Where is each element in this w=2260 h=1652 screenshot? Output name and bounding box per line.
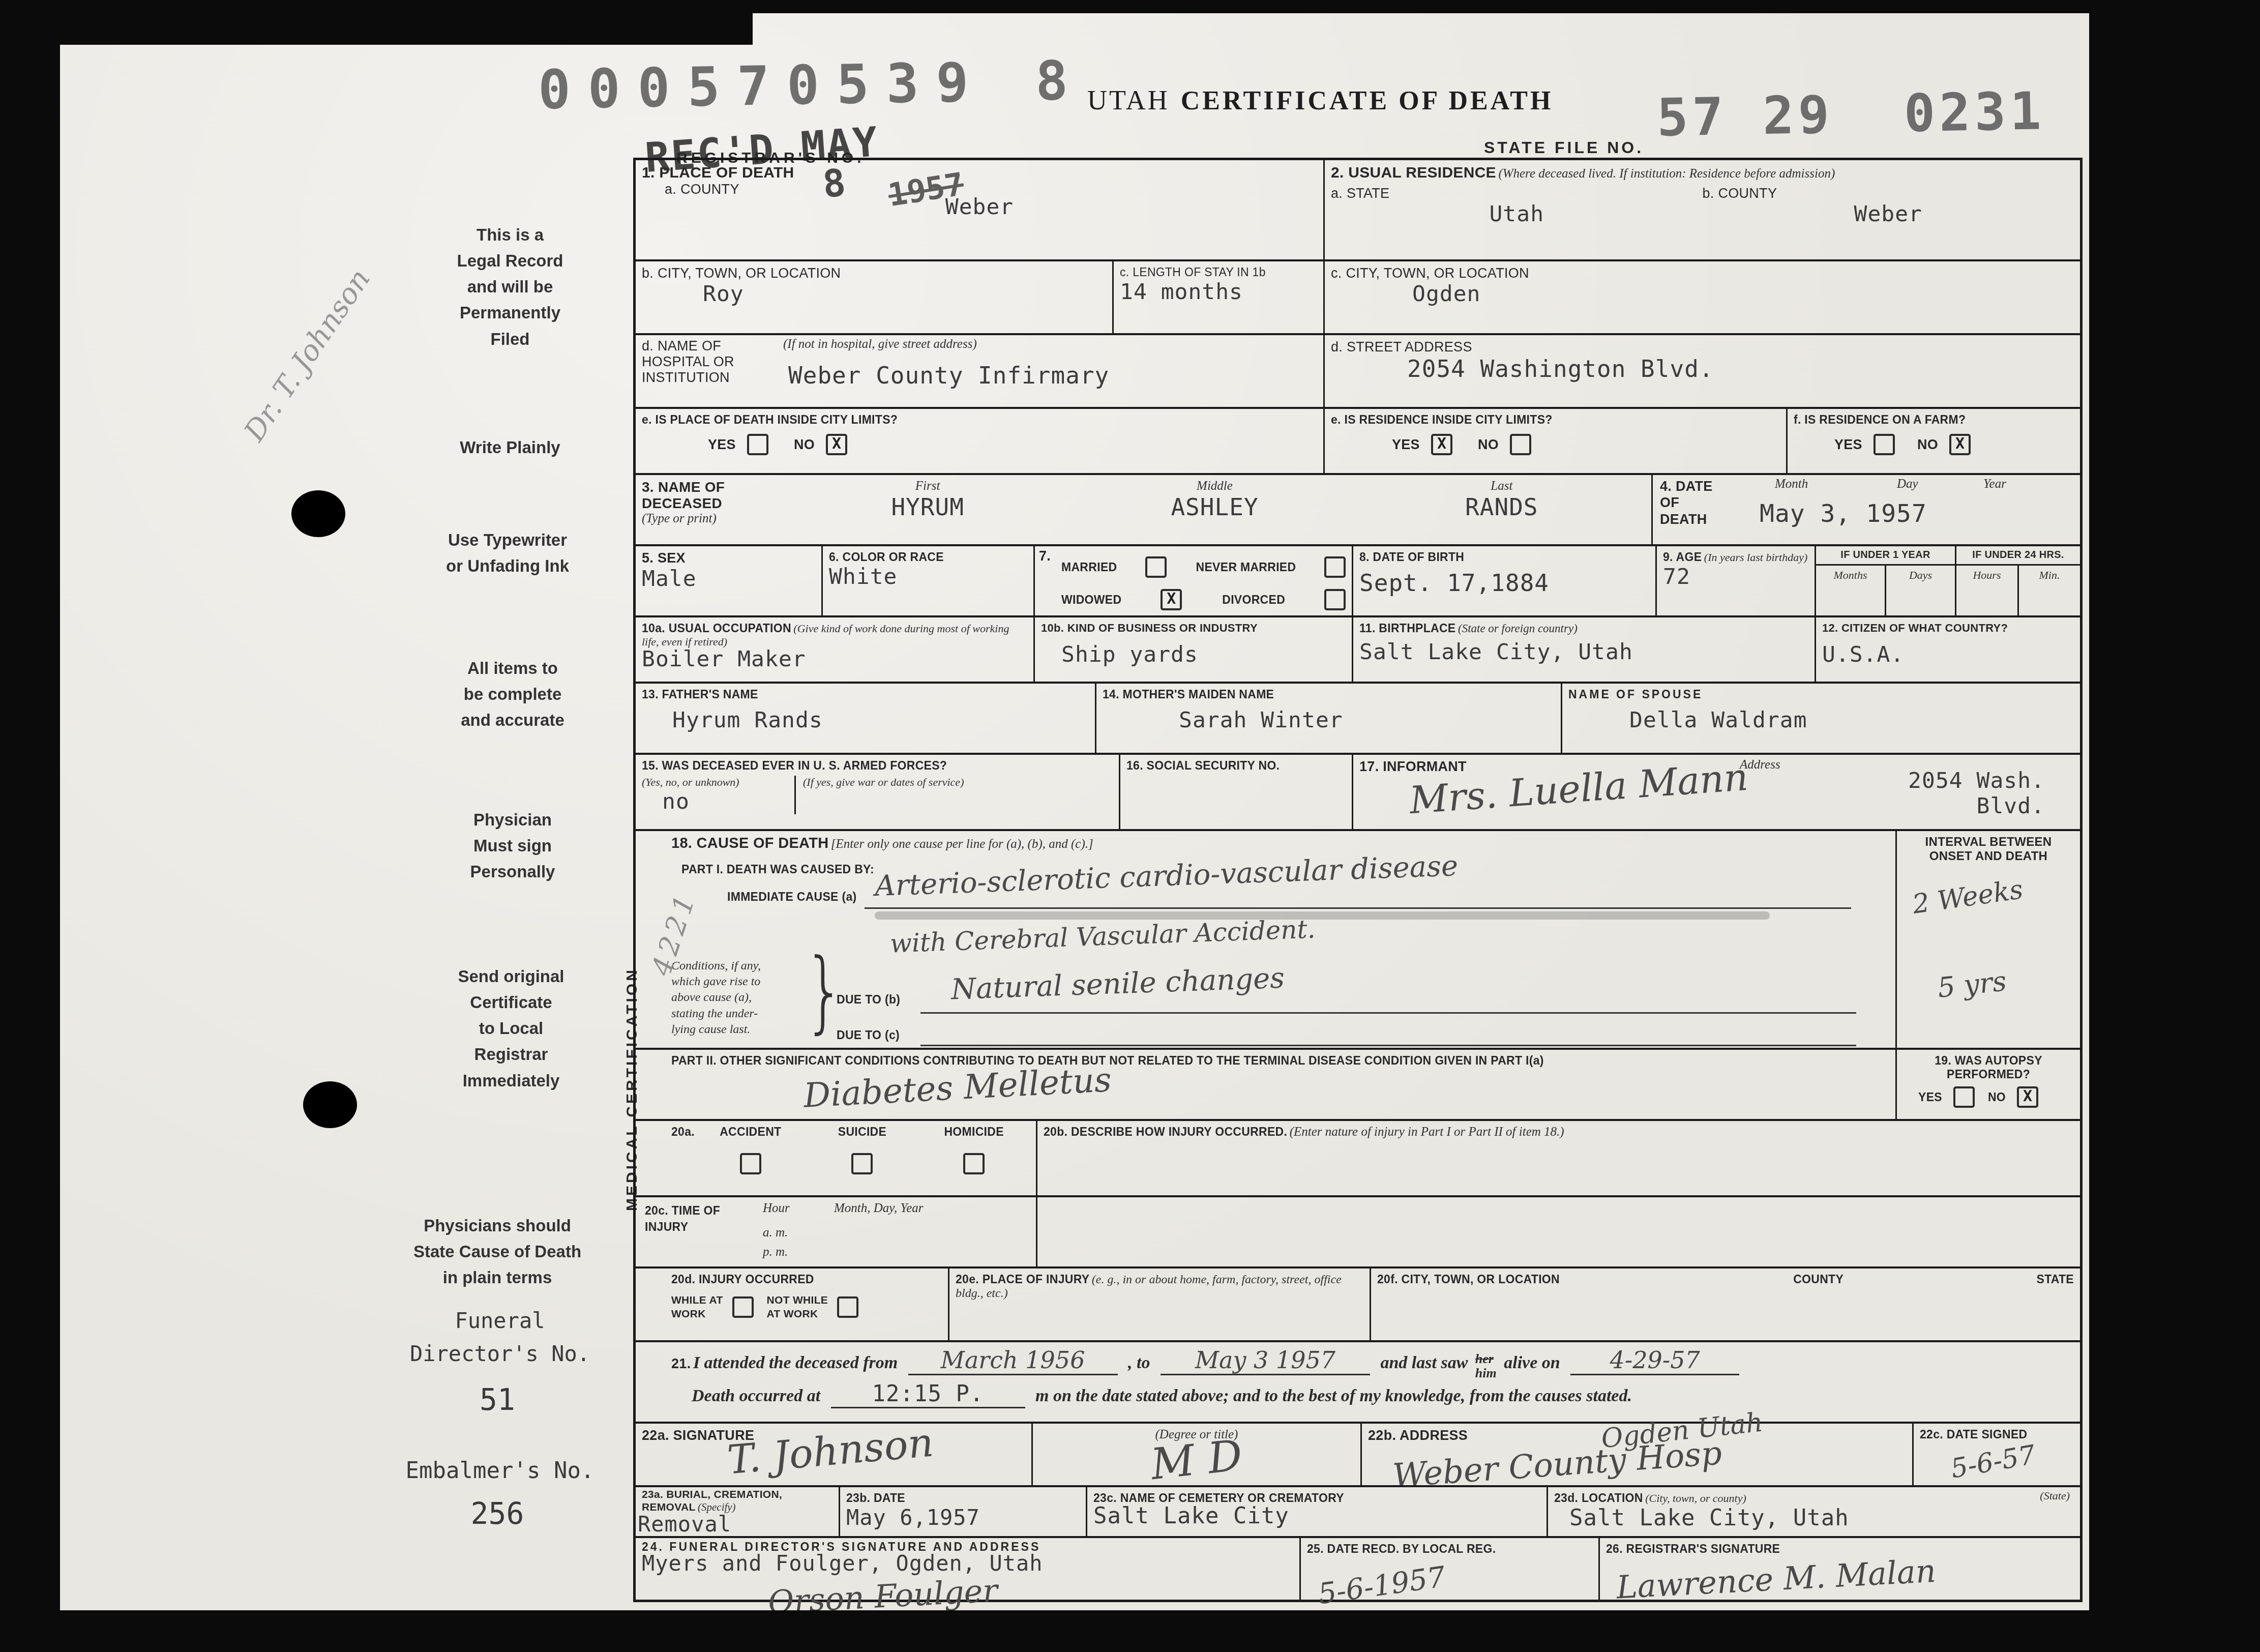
field-death-city-limits: e. IS PLACE OF DEATH INSIDE CITY LIMITS?… [636,409,1325,473]
funeral-directors-no-label: Funeral Director's No. [380,1304,619,1370]
injury-city-label: 20f. CITY, TOWN, OR LOCATION [1377,1273,1702,1336]
field-autopsy: 19. WAS AUTOPSY PERFORMED? YES NO X [1897,1050,2080,1119]
days-label: Days [1886,566,1955,615]
death-city-limits-no-checkbox: X [826,434,847,455]
length-of-stay-value: 14 months [1120,279,1317,305]
death-city-limits-yes-checkbox [747,434,768,455]
death-city-value: Roy [703,281,1106,307]
attended-text-4: alive on [1504,1353,1560,1372]
yes-label: YES [1392,437,1420,453]
marital-status-num: 7. [1039,548,1051,564]
field-burial-date: 23b. DATE May 6,1957 [840,1487,1087,1536]
field-signature: 22a. SIGNATURE T. Johnson [636,1424,1033,1485]
field-marital-status: 7. MARRIED NEVER MARRIED WIDOWED X DIVOR… [1035,546,1353,615]
no-label: NO [1917,437,1938,453]
field-cause-of-death: 18. CAUSE OF DEATH [Enter only one cause… [636,831,1897,1048]
place-of-death-title: 1. PLACE OF DEATH [642,164,1317,182]
business-label: 10b. KIND OF BUSINESS OR INDUSTRY [1041,622,1346,635]
no-label: NO [1988,1090,2006,1104]
date-of-birth-label: 8. DATE OF BIRTH [1359,550,1649,564]
certificate-paper: Dr. T. Johnson This is a Legal Record an… [60,13,2090,1610]
informant-address-value: 2054 Wash. Blvd. [1801,768,2045,819]
item20a-num: 20a. [671,1125,695,1174]
death-city-limits-label: e. IS PLACE OF DEATH INSIDE CITY LIMITS? [642,413,1317,427]
autopsy-label: 19. WAS AUTOPSY PERFORMED? [1903,1054,2074,1081]
mothers-maiden-name-label: 14. MOTHER'S MAIDEN NAME [1103,688,1555,701]
sex-value: Male [642,566,815,592]
cause-a2-value: with Cerebral Vascular Accident. [889,914,1316,958]
armed-forces-note2: (If yes, give war or dates of service) [796,776,1113,814]
no-label: NO [794,437,815,453]
attended-from-value: March 1956 [908,1346,1118,1375]
never-married-label: NEVER MARRIED [1196,560,1296,574]
physician-signature: T. Johnson [726,1420,935,1483]
date-of-death-value: May 3, 1957 [1760,499,1927,528]
cause-c-line [920,1045,1856,1046]
yes-label: YES [1918,1090,1942,1104]
cause-a-smudge [875,911,1770,920]
residence-city-value: Ogden [1412,281,2074,307]
attended-text-2: , to [1128,1353,1150,1372]
field-color-or-race: 6. COLOR OR RACE White [823,546,1035,615]
place-of-injury-label: 20e. PLACE OF INJURY [956,1273,1089,1286]
street-address-label: d. STREET ADDRESS [1331,339,2074,355]
field-attended-statement: 21. I attended the deceased from March 1… [636,1342,2080,1422]
hour-label: Hour [763,1201,790,1216]
first-name-value: HYRUM [784,493,1071,521]
citizen-label: 12. CITIZEN OF WHAT COUNTRY? [1822,622,2074,635]
field-if-under-1-year: IF UNDER 1 YEAR Months Days [1816,546,1956,615]
last-name-group: Last RANDS [1358,479,1645,540]
age-note: (In years last birthday) [1704,551,1807,564]
residence-city-limits-label: e. IS RESIDENCE INSIDE CITY LIMITS? [1331,413,1780,427]
page-title-utah: UTAH [1087,85,1170,115]
hole-punch-bottom [303,1081,357,1128]
year-label: Year [1983,477,2006,491]
field-business: 10b. KIND OF BUSINESS OR INDUSTRY Ship y… [1035,617,1353,682]
burial-value: Removal [638,1512,731,1537]
funeral-directors-no-value: 51 [436,1377,558,1423]
residence-city-limits-yes-checkbox: X [1431,434,1452,455]
field-hospital: d. NAME OF HOSPITAL OR INSTITUTION (If n… [636,335,1325,407]
widowed-checkbox: X [1161,589,1182,610]
age-label: 9. AGE [1663,550,1702,564]
pm-label: p. m. [763,1245,788,1259]
homicide-label: HOMICIDE [918,1125,1030,1139]
field-age: 9. AGE (In years last birthday) 72 [1657,546,1816,615]
mothers-maiden-name-value: Sarah Winter [1179,707,1555,733]
residence-state-label: a. STATE [1331,186,1389,201]
date-of-death-title: 4. DATE OF DEATH [1660,478,1713,527]
burial-location-value: Salt Lake City, Utah [1569,1505,2074,1531]
field-burial: 23a. BURIAL, CREMATION, REMOVAL (Specify… [636,1487,840,1536]
yes-label: YES [708,437,736,453]
suicide-label: SUICIDE [807,1125,918,1139]
immediate-cause-label: IMMEDIATE CAUSE (a) [727,890,856,904]
state-file-number: 57 29 0231 [1656,81,2045,148]
field-registrar-signature: 26. REGISTRAR'S SIGNATURE Lawrence M. Ma… [1600,1538,2080,1600]
name-of-deceased-title: 3. NAME OF DECEASED [642,479,784,512]
residence-county-group: b. COUNTY Weber [1703,186,2074,227]
field-citizen: 12. CITIZEN OF WHAT COUNTRY? U.S.A. [1816,617,2080,682]
field-occupation: 10a. USUAL OCCUPATION (Give kind of work… [636,617,1035,682]
field-accident-suicide-homicide: 20a. ACCIDENT SUICIDE HOMICIDE [636,1121,1037,1195]
street-address-value: 2054 Washington Blvd. [1407,355,2074,382]
page-title: UTAH CERTIFICATE OF DEATH [1087,84,1554,116]
field-cemetery: 23c. NAME OF CEMETERY OR CREMATORY Salt … [1087,1487,1548,1536]
certificate-form: 1. PLACE OF DEATH a. COUNTY Weber 2. USU… [633,158,2083,1602]
residence-state-value: Utah [1331,201,1703,227]
accident-label: ACCIDENT [695,1125,807,1139]
burial-location-note: (City, town, or county) [1645,1492,1746,1504]
attended-text-3: and last saw [1380,1353,1468,1372]
scan-edge-top [0,0,2260,13]
death-time-value: 12:15 P. [831,1381,1025,1408]
scanned-page: Dr. T. Johnson This is a Legal Record an… [0,0,2260,1652]
fathers-name-label: 13. FATHER'S NAME [642,688,1089,701]
am-label: a. m. [763,1226,788,1240]
usual-residence-title: 2. USUAL RESIDENCE [1331,164,1496,181]
hospital-label: d. NAME OF HOSPITAL OR INSTITUTION [642,338,734,386]
field-injury-location: 20f. CITY, TOWN, OR LOCATION COUNTY STAT… [1371,1268,2080,1340]
field-fathers-name: 13. FATHER'S NAME Hyrum Rands [636,684,1096,753]
last-seen-value: 4-29-57 [1570,1346,1739,1375]
time-of-injury-label: 20c. TIME OF INJURY [645,1202,720,1235]
birthplace-label: 11. BIRTHPLACE [1359,622,1456,635]
field-date-of-birth: 8. DATE OF BIRTH Sept. 17,1884 [1353,546,1657,615]
attended-text-1: I attended the deceased from [693,1353,898,1372]
county-value: Weber [642,194,1317,220]
color-or-race-label: 6. COLOR OR RACE [829,550,1027,564]
injury-county-label: COUNTY [1702,1273,1935,1336]
middle-name-label: Middle [1071,479,1358,493]
autopsy-yes-checkbox [1953,1086,1975,1108]
residence-state-group: a. STATE Utah [1331,186,1703,227]
married-label: MARRIED [1061,560,1117,574]
field-funeral-director: 24. FUNERAL DIRECTOR'S SIGNATURE AND ADD… [636,1538,1301,1600]
injury-occurred-label: 20d. INJURY OCCURRED [671,1273,942,1286]
yes-label: YES [1834,437,1862,453]
not-while-at-work-checkbox [837,1296,858,1318]
describe-injury-label: 20b. DESCRIBE HOW INJURY OCCURRED. [1044,1125,1287,1138]
homicide-checkbox [963,1153,985,1174]
day-label: Day [1897,477,1918,491]
death-city-label: b. CITY, TOWN, OR LOCATION [642,265,1106,281]
part1-label: PART I. DEATH WAS CAUSED BY: [681,863,874,876]
armed-forces-value: no [662,789,794,814]
brace-glyph: } [804,938,846,1043]
her-word: her [1475,1352,1497,1366]
under-1-year-label: IF UNDER 1 YEAR [1816,546,1955,564]
first-name-label: First [784,479,1071,493]
months-label: Months [1816,566,1886,615]
hole-punch-top [291,490,345,537]
informant-label: 17. INFORMANT [1359,759,1467,774]
citizen-value: U.S.A. [1822,642,2074,667]
hospital-note: (If not in hospital, give street address… [783,337,977,351]
month-label: Month [1775,477,1808,491]
no-label: NO [1478,437,1499,453]
scan-edge-left [0,0,60,1652]
field-residence-city: c. CITY, TOWN, OR LOCATION Ogden [1325,261,2080,333]
sex-label: 5. SEX [642,550,815,566]
field-burial-location: 23d. LOCATION (City, town, or county) (S… [1548,1487,2080,1536]
name-of-deceased-note: (Type or print) [642,512,784,526]
cause-of-death-note: [Enter only one cause per line for (a), … [831,837,1093,851]
field-residence-city-limits: e. IS RESIDENCE INSIDE CITY LIMITS? YES … [1325,409,1788,473]
due-to-c-label: DUE TO (c) [837,1028,900,1042]
physician-address-label: 22b. ADDRESS [1368,1428,1468,1443]
burial-date-value: May 6,1957 [846,1505,1080,1530]
field-date-received: 25. DATE RECD. BY LOCAL REG. 5-6-1957 [1301,1538,1600,1600]
min-label: Min. [2019,566,2080,615]
him-word: him [1475,1366,1497,1380]
field-injury-blank [1037,1197,2080,1266]
cause-b-line [920,1012,1856,1014]
field-interval: INTERVAL BETWEEN ONSET AND DEATH 2 Weeks… [1897,831,2080,1048]
cemetery-value: Salt Lake City [1093,1503,1540,1529]
residence-county-label: b. COUNTY [1703,186,1777,201]
death-occurred-text-2: m on the date stated above; and to the b… [1035,1386,1632,1405]
last-name-value: RANDS [1358,493,1645,521]
first-name-group: First HYRUM [784,479,1071,540]
date-of-birth-value: Sept. 17,1884 [1359,569,1649,597]
age-value: 72 [1663,564,1808,589]
name-of-spouse-value: Della Waldram [1629,707,2074,733]
occupation-label: 10a. USUAL OCCUPATION [642,622,791,635]
autopsy-no-checkbox: X [2017,1086,2038,1108]
residence-farm-no-checkbox: X [1949,434,1971,455]
while-at-work-checkbox [732,1296,754,1318]
month-day-year-label: Month, Day, Year [834,1201,923,1216]
fathers-name-value: Hyrum Rands [672,707,1089,733]
embalmers-no-value: 256 [436,1491,558,1537]
interval-label: INTERVAL BETWEEN ONSET AND DEATH [1903,835,2074,864]
field-informant: 17. INFORMANT Address Mrs. Luella Mann 2… [1353,755,2080,829]
field-death-city: b. CITY, TOWN, OR LOCATION Roy [636,261,1114,333]
field-usual-residence: 2. USUAL RESIDENCE (Where deceased lived… [1325,160,2080,259]
interval-a-value: 2 Weeks [1911,874,2025,920]
field-name-of-spouse: NAME OF SPOUSE Della Waldram [1562,684,2080,753]
suicide-checkbox [851,1153,873,1174]
burial-location-state-note: (State) [2040,1489,2070,1502]
residence-county-value: Weber [1703,201,2074,227]
hours-label: Hours [1956,566,2019,615]
cause-a-line [865,862,1851,909]
margin-note-send-original: Send original Certificate to Local Regis… [422,963,600,1094]
accident-checkbox [740,1153,761,1174]
not-while-at-work-label: NOT WHILE AT WORK [767,1293,828,1321]
armed-forces-note1: (Yes, no, or unknown) [642,776,794,789]
due-to-b-label: DUE TO (b) [837,993,900,1007]
name-of-spouse-label: NAME OF SPOUSE [1568,688,2074,701]
scan-edge-bottom [0,1610,2260,1652]
divorced-label: DIVORCED [1222,593,1285,607]
occupation-value: Boiler Maker [642,646,1027,672]
business-value: Ship yards [1061,642,1346,667]
usual-residence-note: (Where deceased lived. If institution: R… [1498,167,1835,181]
while-at-work-label: WHILE AT WORK [671,1293,723,1321]
embalmers-no-label: Embalmer's No. [375,1454,625,1488]
field-social-security: 16. SOCIAL SECURITY NO. [1120,755,1353,829]
residence-farm-yes-checkbox [1874,434,1895,455]
social-security-label: 16. SOCIAL SECURITY NO. [1126,759,1346,773]
margin-note-typewriter: Use Typewriter or Unfading Ink [391,527,625,579]
field-armed-forces: 15. WAS DECEASED EVER IN U. S. ARMED FOR… [636,755,1120,829]
birthplace-note: (State or foreign country) [1458,622,1578,635]
field-birthplace: 11. BIRTHPLACE (State or foreign country… [1353,617,1816,682]
field-place-of-death: 1. PLACE OF DEATH a. COUNTY Weber [636,160,1325,259]
margin-doctor-note: Dr. T. Johnson [238,263,377,448]
field-degree: (Degree or title) M D [1033,1424,1362,1485]
field-injury-occurred: 20d. INJURY OCCURRED WHILE AT WORK NOT W… [636,1268,949,1340]
margin-note-write-plainly: Write Plainly [416,434,604,460]
burial-date-label: 23b. DATE [846,1491,1080,1505]
under-24-hrs-label: IF UNDER 24 HRS. [1956,546,2080,564]
field-street-address: d. STREET ADDRESS 2054 Washington Blvd. [1325,335,2080,407]
cause-b-value: Natural senile changes [950,962,1285,1007]
cause-of-death-label: 18. CAUSE OF DEATH [671,835,828,851]
residence-city-limits-no-checkbox [1510,434,1531,455]
state-file-no-label: STATE FILE NO. [1484,138,1644,157]
burial-location-label: 23d. LOCATION [1554,1491,1643,1504]
margin-note-legal-record: This is a Legal Record and will be Perma… [416,222,604,352]
interval-b-value: 5 yrs [1936,965,2008,1004]
never-married-checkbox [1324,556,1346,578]
hospital-value: Weber County Infirmary [788,362,1109,389]
field-residence-farm: f. IS RESIDENCE ON A FARM? YES NO X [1788,409,2080,473]
scan-edge-top-left-band [0,13,753,45]
death-occurred-text: Death occurred at [692,1386,820,1405]
injury-state-label: STATE [1935,1273,2074,1336]
field-sex: 5. SEX Male [636,546,823,615]
residence-farm-label: f. IS RESIDENCE ON A FARM? [1794,413,2074,427]
part2-label: PART II. OTHER SIGNIFICANT CONDITIONS CO… [671,1054,1889,1068]
scan-edge-right [2089,0,2260,1652]
middle-name-value: ASHLEY [1071,493,1358,521]
page-title-rest: CERTIFICATE OF DEATH [1181,86,1554,115]
birthplace-value: Salt Lake City, Utah [1359,639,1808,665]
field-mothers-maiden-name: 14. MOTHER'S MAIDEN NAME Sarah Winter [1096,684,1562,753]
armed-forces-label: 15. WAS DECEASED EVER IN U. S. ARMED FOR… [642,759,1113,773]
part2-value: Diabetes Melletus [802,1060,1112,1115]
married-checkbox [1145,556,1167,578]
attended-to-value: May 3 1957 [1161,1346,1370,1375]
funeral-director-typed: Myers and Foulger, Ogden, Utah [642,1551,1293,1576]
field-time-of-injury: 20c. TIME OF INJURY Hour Month, Day, Yea… [636,1197,1037,1266]
describe-injury-note: (Enter nature of injury in Part I or Par… [1290,1125,1564,1139]
field-if-under-24-hrs: IF UNDER 24 HRS. Hours Min. [1956,546,2080,615]
margin-note-physician-sign: Physician Must sign Personally [416,807,609,884]
field-date-signed: 22c. DATE SIGNED 5-6-57 [1914,1424,2080,1485]
last-name-label: Last [1358,479,1645,493]
widowed-label: WIDOWED [1061,593,1121,607]
conditions-note: Conditions, if any, which gave rise to a… [671,958,761,1038]
color-or-race-value: White [829,564,1027,589]
field-describe-injury: 20b. DESCRIBE HOW INJURY OCCURRED. (Ente… [1037,1121,2080,1195]
margin-note-plain-terms: Physicians should State Cause of Death i… [375,1213,619,1290]
length-of-stay-label: c. LENGTH OF STAY IN 1b [1120,265,1317,279]
divorced-checkbox [1324,589,1346,610]
serial-number-stamp: 000570539 8 [538,49,1086,122]
residence-city-label: c. CITY, TOWN, OR LOCATION [1331,265,2074,281]
field-physician-address: 22b. ADDRESS Ogden Utah Weber County Hos… [1362,1424,1914,1485]
field-length-of-stay: c. LENGTH OF STAY IN 1b 14 months [1114,261,1325,333]
margin-note-all-items: All items to be complete and accurate [411,655,614,733]
middle-name-group: Middle ASHLEY [1071,479,1358,540]
item21-num: 21. [671,1356,691,1371]
field-place-of-injury: 20e. PLACE OF INJURY (e. g., in or about… [949,1268,1371,1340]
field-part2: PART II. OTHER SIGNIFICANT CONDITIONS CO… [636,1050,1897,1119]
field-name-of-deceased: 3. NAME OF DECEASED (Type or print) Firs… [636,475,1653,544]
field-date-of-death: 4. DATE OF DEATH Month Day Year May 3, 1… [1653,475,2080,544]
